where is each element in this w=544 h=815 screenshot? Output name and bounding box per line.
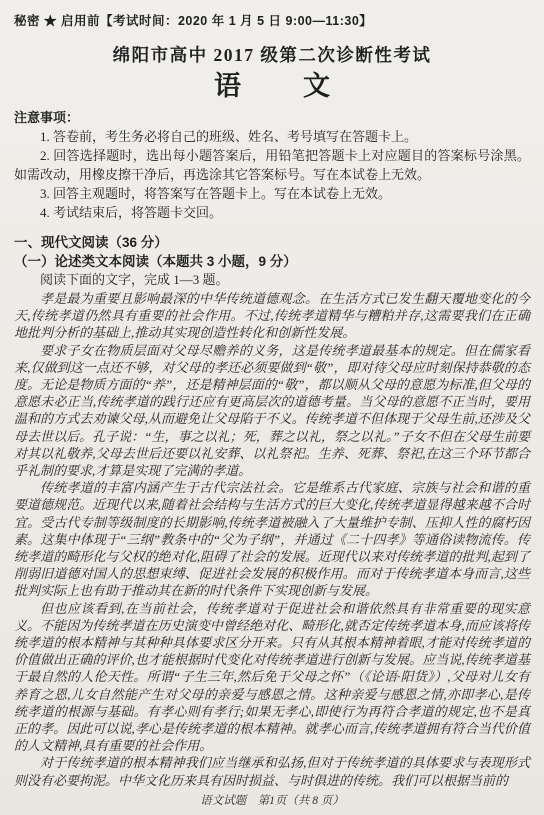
reading-instruction: 阅读下面的文字，完成 1—3 题。 <box>14 271 530 289</box>
exam-title: 绵阳市高中 2017 级第二次诊断性考试 <box>14 42 530 67</box>
essay-paragraph-1: 孝是最为重要且影响最深的中华传统道德观念。在生活方式已发生翻天覆地变化的今天,传… <box>14 290 530 342</box>
page-footer: 语文试题 第1页（共 8 页） <box>0 792 544 808</box>
subsection-heading-argumentative-text: （一）论述类文本阅读（本题共 3 小题，9 分） <box>14 252 530 271</box>
section-heading-modern-reading: 一、现代文阅读（36 分） <box>14 233 530 252</box>
essay-paragraph-2: 要求子女在物质层面对父母尽赡养的义务，这是传统孝道最基本的规定。但在儒家看来,仅… <box>14 342 530 480</box>
essay-paragraph-3: 传统孝道的丰富内涵产生于古代宗法社会。它是维系古代家庭、宗族与社会和谐的重要道德… <box>14 479 530 599</box>
essay-paragraph-4: 但也应该看到,在当前社会，传统孝道对于促进社会和谐依然具有非常重要的现实意义。不… <box>14 600 530 755</box>
security-classification-line: 秘密 ★ 启用前【考试时间：2020 年 1 月 5 日 9:00—11:30】 <box>14 11 530 29</box>
notice-heading: 注意事项： <box>14 109 530 127</box>
notice-block: 注意事项： 1. 答卷前，考生务必将自己的班级、姓名、考号填写在答题卡上。 2.… <box>14 109 530 222</box>
subject-title: 语 文 <box>14 70 530 102</box>
subject-char-left: 语 <box>214 70 241 102</box>
subject-char-right: 文 <box>303 70 330 102</box>
notice-item-1: 1. 答卷前，考生务必将自己的班级、姓名、考号填写在答题卡上。 <box>14 127 530 146</box>
essay-paragraph-5: 对于传统孝道的根本精神我们应当继承和弘扬,但对于传统孝道的具体要求与表现形式则没… <box>14 754 530 788</box>
notice-item-4: 4. 考试结束后，将答题卡交回。 <box>14 203 530 222</box>
notice-item-3: 3. 回答主观题时，将答案写在答题卡上。写在本试卷上无效。 <box>14 184 530 203</box>
notice-item-2: 2. 回答选择题时，选出每小题答案后，用铅笔把答题卡上对应题目的答案标号涂黑。如… <box>14 146 530 184</box>
essay-body: 孝是最为重要且影响最深的中华传统道德观念。在生活方式已发生翻天覆地变化的今天,传… <box>14 290 530 789</box>
exam-paper-page: 秘密 ★ 启用前【考试时间：2020 年 1 月 5 日 9:00—11:30】… <box>0 0 544 815</box>
